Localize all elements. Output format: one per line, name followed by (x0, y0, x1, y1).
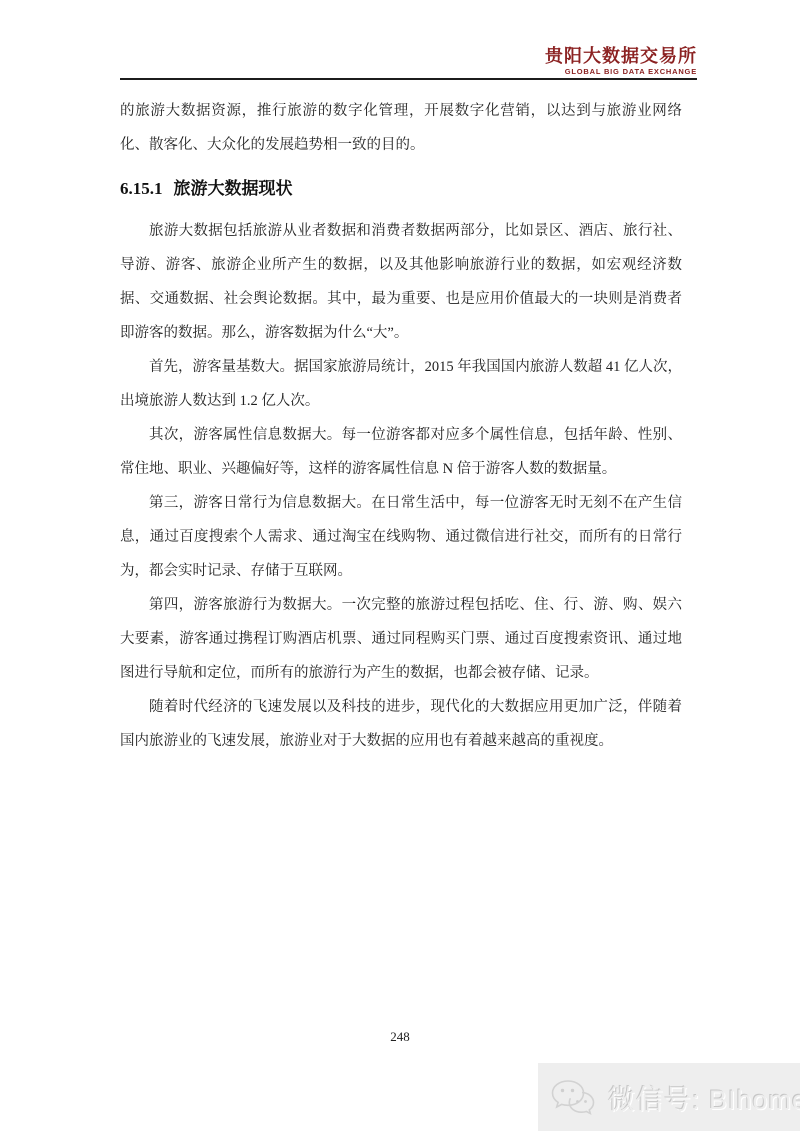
page-number: 248 (390, 1029, 410, 1044)
wechat-badge: 微信号: BIhome (538, 1063, 800, 1131)
body-paragraph: 随着时代经济的飞速发展以及科技的进步，现代化的大数据应用更加广泛，伴随着国内旅游… (120, 690, 682, 758)
intro-paragraph: 的旅游大数据资源，推行旅游的数字化管理，开展数字化营销，以达到与旅游业网络化、散… (120, 94, 682, 162)
body-paragraph: 首先，游客量基数大。据国家旅游局统计，2015 年我国国内旅游人数超 41 亿人… (120, 350, 682, 418)
page-content: 的旅游大数据资源，推行旅游的数字化管理，开展数字化营销，以达到与旅游业网络化、散… (120, 94, 682, 758)
header-rule (120, 78, 697, 80)
logo-title: 贵阳大数据交易所 (545, 47, 697, 65)
body-paragraph: 其次，游客属性信息数据大。每一位游客都对应多个属性信息，包括年龄、性别、常住地、… (120, 418, 682, 486)
wechat-icon (550, 1077, 596, 1117)
wechat-label: 微信号: BIhome (608, 1078, 800, 1117)
section-title: 旅游大数据现状 (174, 179, 293, 198)
body-paragraph: 第三，游客日常行为信息数据大。在日常生活中，每一位游客无时无刻不在产生信息，通过… (120, 486, 682, 588)
document-page: 贵阳大数据交易所 GLOBAL BIG DATA EXCHANGE 的旅游大数据… (0, 0, 800, 1131)
logo-subtitle: GLOBAL BIG DATA EXCHANGE (545, 68, 697, 76)
section-number: 6.15.1 (120, 179, 163, 198)
body-paragraph: 第四，游客旅游行为数据大。一次完整的旅游过程包括吃、住、行、游、购、娱六大要素，… (120, 588, 682, 690)
logo: 贵阳大数据交易所 GLOBAL BIG DATA EXCHANGE (545, 47, 697, 76)
body-paragraph: 旅游大数据包括旅游从业者数据和消费者数据两部分，比如景区、酒店、旅行社、导游、游… (120, 214, 682, 350)
page-footer: 248 (0, 1028, 800, 1046)
section-heading: 6.15.1旅游大数据现状 (120, 175, 682, 203)
